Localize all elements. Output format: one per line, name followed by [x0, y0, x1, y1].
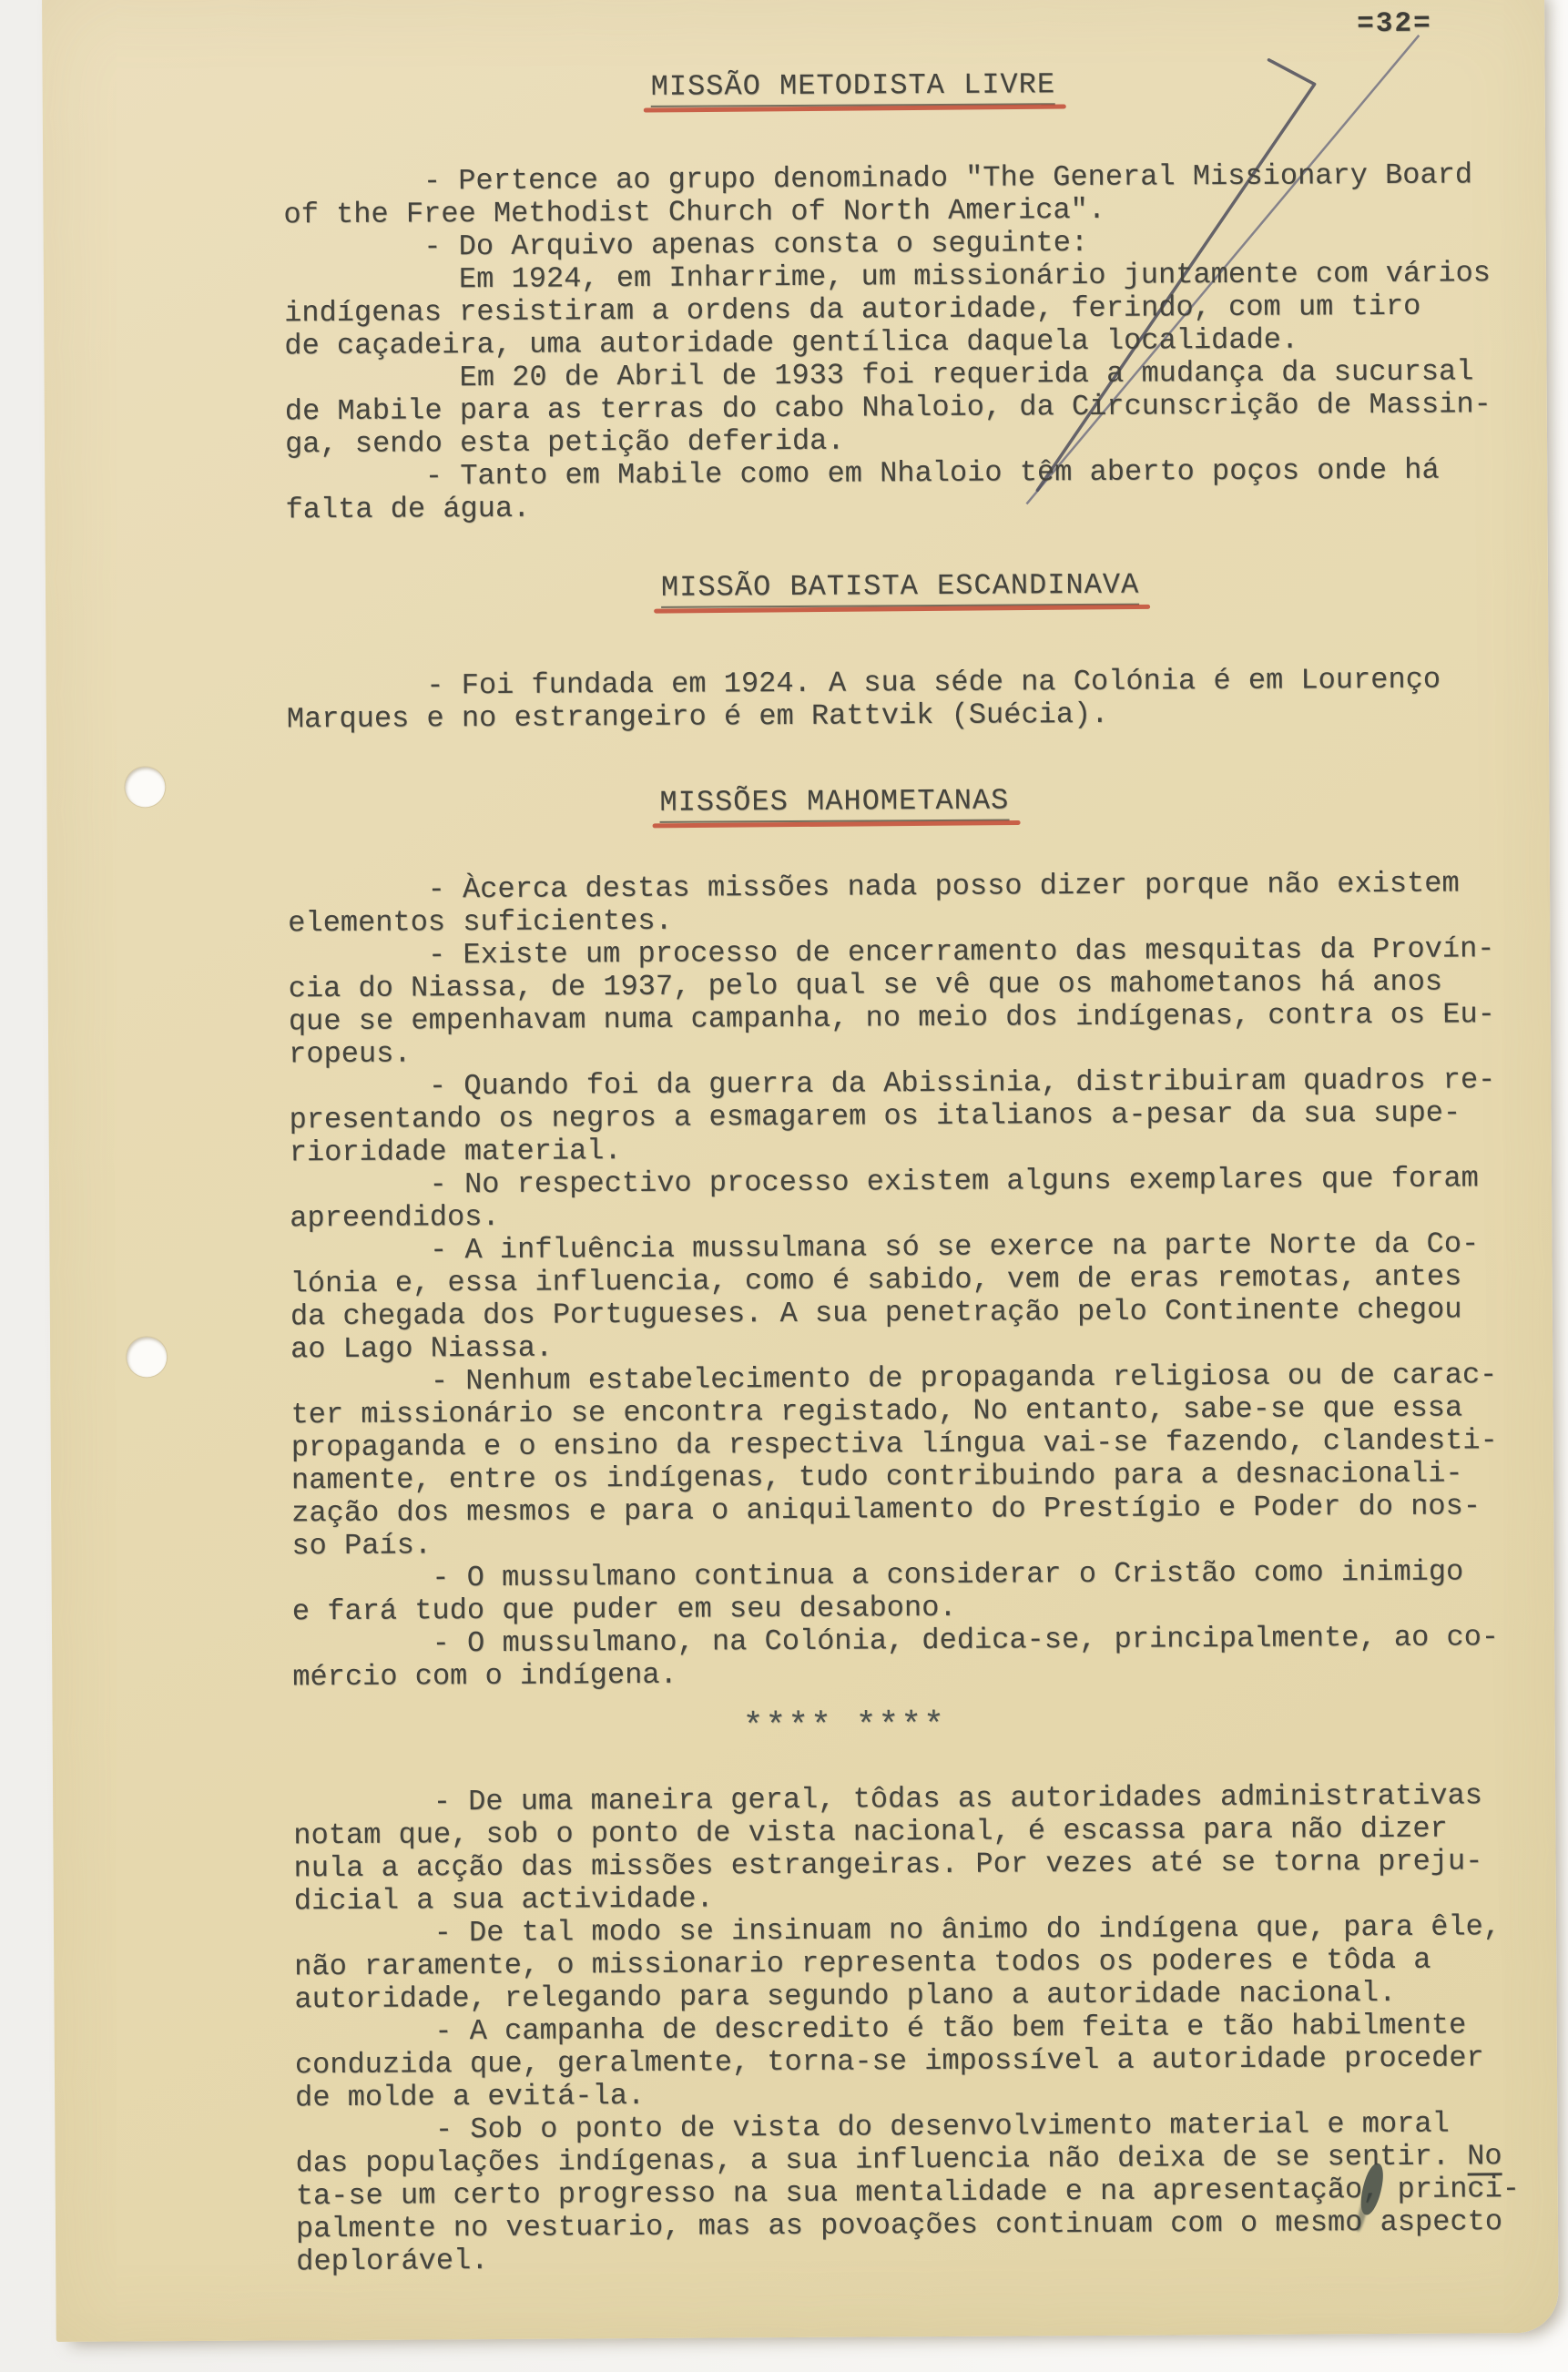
- heading-text: MISSÕES MAHOMETANAS: [659, 785, 1009, 823]
- heading-text: MISSÃO METODISTA LIVRE: [651, 68, 1056, 107]
- text-line: Marques e no estrangeiro é em Rattvik (S…: [287, 696, 1554, 737]
- punch-hole: [125, 767, 165, 807]
- heading-text: MISSÃO BATISTA ESCANDINAVA: [661, 569, 1140, 608]
- paragraph: - Pertence ao grupo denominado "The Gene…: [283, 158, 1553, 526]
- section-heading: MISSÃO BATISTA ESCANDINAVA: [661, 566, 1553, 608]
- text-line: mércio com o indígena.: [292, 1654, 1560, 1695]
- document-paper-sheet: =32= MISSÃO METODISTA LIVRE - Pertence a…: [42, 0, 1559, 2342]
- text-line: falta de água.: [285, 486, 1553, 527]
- punch-hole: [127, 1337, 167, 1377]
- section-heading: MISSÃO METODISTA LIVRE: [651, 66, 1551, 107]
- paragraph: - Foi fundada em 1924. A sua séde na Col…: [287, 663, 1554, 737]
- section-heading: MISSÕES MAHOMETANAS: [659, 781, 1554, 823]
- document-body: MISSÃO METODISTA LIVRE - Pertence ao gru…: [282, 0, 1563, 2278]
- text-line: deplorável.: [296, 2238, 1563, 2279]
- paragraph: - Àcerca destas missões nada posso dizer…: [288, 867, 1560, 1694]
- asterisk-separator: **** ****: [743, 1705, 1561, 1746]
- scanned-page-background: { "page": { "stamp": "=32=" }, "colors":…: [0, 0, 1568, 2372]
- separator-text: **** ****: [743, 1706, 946, 1746]
